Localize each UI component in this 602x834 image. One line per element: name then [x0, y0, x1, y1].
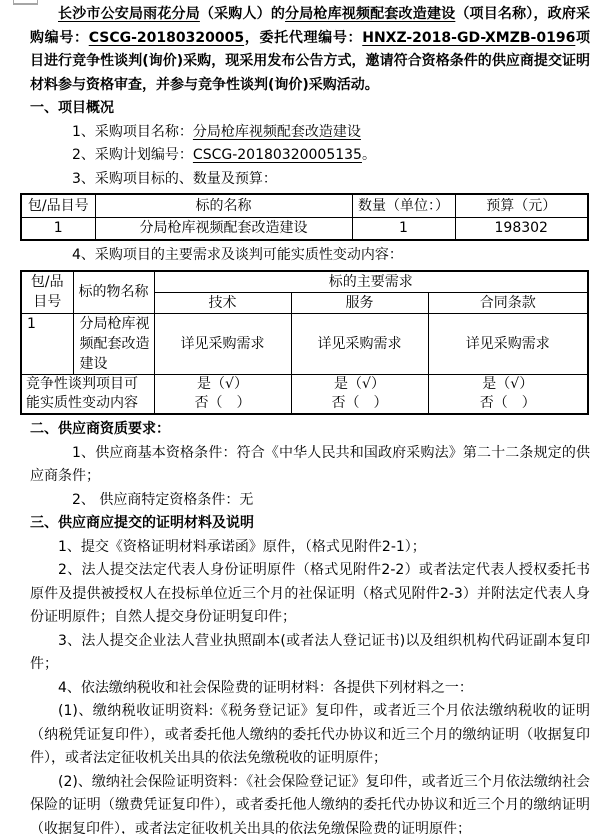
- budget-header-qty: 数量（单位：）: [352, 194, 455, 217]
- section2-heading: 二、供应商资质要求：: [30, 418, 590, 442]
- demand-table: 包/品目号 标的物名称 标的主要需求 技术 服务 合同条款 1 分局枪库视频配套…: [20, 270, 589, 416]
- demand-header-group: 标的主要需求: [154, 271, 588, 293]
- demand-table-data-row: 1 分局枪库视频配套改造建设 详见采购需求 详见采购需求 详见采购需求: [21, 313, 588, 374]
- budget-cell-package: 1: [21, 217, 95, 240]
- change-cell-service: 是（√） 否（ ）: [291, 374, 428, 414]
- buyer-name: 长沙市公安局雨花分局: [58, 6, 200, 22]
- section3-item-2: 2、法人提交法定代表人身份证明原件（格式见附件2-2）或者法定代表人授权委托书原…: [30, 559, 590, 630]
- demand-header-tech: 技术: [154, 292, 291, 313]
- intro-after-buyer: （采购人）的: [200, 6, 285, 22]
- budget-cell-budget: 198302: [455, 217, 588, 240]
- demand-header-service: 服务: [291, 292, 428, 313]
- document-page: 长沙市公安局雨花分局（采购人）的分局枪库视频配套改造建设（项目名称），政府采购编…: [0, 0, 602, 834]
- budget-cell-qty: 1: [352, 217, 455, 240]
- change-cell-tech: 是（√） 否（ ）: [154, 374, 291, 414]
- demand-table-change-row: 竞争性谈判项目可能实质性变动内容 是（√） 否（ ） 是（√） 否（ ） 是（√…: [21, 374, 588, 414]
- project-name: 分局枪库视频配套改造建设: [285, 6, 455, 22]
- item-budget-label: 3、采购项目标的、数量及预算：: [30, 168, 590, 192]
- demand-cell-package: 1: [21, 313, 73, 374]
- demand-header-name: 标的物名称: [73, 271, 154, 314]
- page-corner-mark: [13, 0, 38, 5]
- budget-table: 包/品目号 标的名称 数量（单位：） 预算（元） 1 分局枪库视频配套改造建设 …: [20, 193, 589, 241]
- demand-header-contract: 合同条款: [428, 292, 588, 313]
- demand-cell-contract: 详见采购需求: [428, 313, 588, 374]
- section3-item-3: 3、法人提交企业法人营业执照副本(或者法人登记证书)以及组织机构代码证副本复印件…: [30, 630, 590, 677]
- item-project-name: 1、采购项目名称：分局枪库视频配套改造建设: [30, 121, 590, 145]
- demand-header-package: 包/品目号: [21, 271, 73, 314]
- procurement-number: CSCG-20180320005: [89, 30, 244, 46]
- agency-number: HNXZ-2018-GD-XMZB-0196: [362, 30, 575, 46]
- section3-heading: 三、供应商应提交的证明材料及说明: [30, 512, 590, 536]
- item-plan-number: 2、采购计划编号：CSCG-20180320005135。: [30, 144, 590, 168]
- change-cell-contract: 是（√） 否（ ）: [428, 374, 588, 414]
- section1-heading: 一、项目概况: [30, 97, 590, 121]
- item-plan-number-value: CSCG-20180320005135: [193, 147, 362, 163]
- budget-table-header-row: 包/品目号 标的名称 数量（单位：） 预算（元）: [21, 194, 588, 217]
- change-service-no: 否（ ）: [295, 394, 425, 413]
- change-contract-no: 否（ ）: [432, 394, 585, 413]
- item-plan-number-label: 2、采购计划编号：: [72, 147, 193, 163]
- demand-cell-tech: 详见采购需求: [154, 313, 291, 374]
- section3-item-6: (2)、缴纳社会保险证明资料：《社会保险登记证》复印件，或者近三个月依法缴纳社会…: [30, 771, 590, 834]
- item-demand-label: 4、采购项目的主要需求及谈判可能实质性变动内容：: [30, 244, 590, 268]
- intro-paragraph: 长沙市公安局雨花分局（采购人）的分局枪库视频配套改造建设（项目名称），政府采购编…: [30, 3, 590, 97]
- section2-item-basic: 1、供应商基本资格条件：符合《中华人民共和国政府采购法》第二十二条规定的供应商条…: [30, 442, 590, 489]
- demand-cell-service: 详见采购需求: [291, 313, 428, 374]
- change-contract-yes: 是（√）: [432, 375, 585, 394]
- budget-header-budget: 预算（元）: [455, 194, 588, 217]
- agency-number-label: ，委托代理编号：: [244, 30, 362, 46]
- budget-cell-name: 分局枪库视频配套改造建设: [95, 217, 352, 240]
- budget-header-name: 标的名称: [95, 194, 352, 217]
- budget-table-row: 1 分局枪库视频配套改造建设 1 198302: [21, 217, 588, 240]
- item-project-name-label: 1、采购项目名称：: [72, 124, 193, 140]
- demand-cell-name: 分局枪库视频配套改造建设: [73, 313, 154, 374]
- change-service-yes: 是（√）: [295, 375, 425, 394]
- demand-table-header-row1: 包/品目号 标的物名称 标的主要需求: [21, 271, 588, 293]
- change-row-label: 竞争性谈判项目可能实质性变动内容: [21, 374, 154, 414]
- change-tech-no: 否（ ）: [158, 394, 288, 413]
- item-project-name-value: 分局枪库视频配套改造建设: [193, 124, 361, 140]
- section3-item-1: 1、提交《资格证明材料承诺函》原件，（格式见附件2-1）；: [30, 536, 590, 560]
- item-plan-number-suffix: 。: [362, 147, 376, 163]
- budget-header-package: 包/品目号: [21, 194, 95, 217]
- section3-item-4: 4、依法缴纳税收和社会保险费的证明材料：各提供下列材料之一：: [30, 677, 590, 701]
- change-tech-yes: 是（√）: [158, 375, 288, 394]
- section3-item-5: (1)、缴纳税收证明资料:《税务登记证》复印件，或者近三个月依法缴纳税收的证明（…: [30, 700, 590, 771]
- section2-item-specific: 2、 供应商特定资格条件：无: [30, 489, 590, 513]
